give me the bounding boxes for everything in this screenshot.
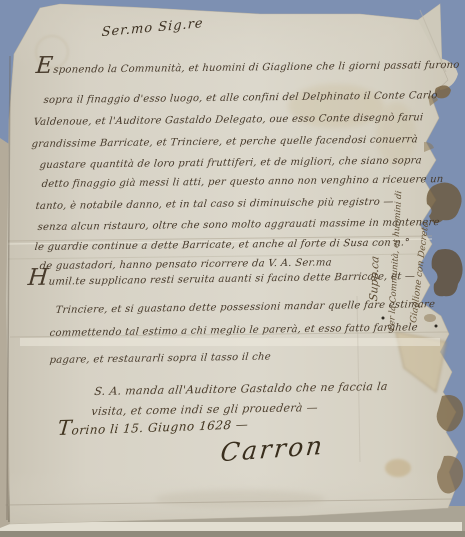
torn-edge-stain xyxy=(432,249,463,296)
docket-abbreviation: Supp.ca xyxy=(368,255,381,302)
fold-crease-highlight xyxy=(20,338,440,346)
ink-fleck xyxy=(382,317,385,320)
spot-stain xyxy=(385,459,411,477)
spot-stain xyxy=(424,314,436,322)
letter-photograph: Ser.mo Sig.re Esponendo la Communità, et… xyxy=(0,0,465,537)
ink-fleck xyxy=(435,325,438,328)
under-sheet-bottom-dark xyxy=(0,531,465,537)
edge-soiling xyxy=(155,490,325,508)
signature: Carron xyxy=(219,433,325,466)
